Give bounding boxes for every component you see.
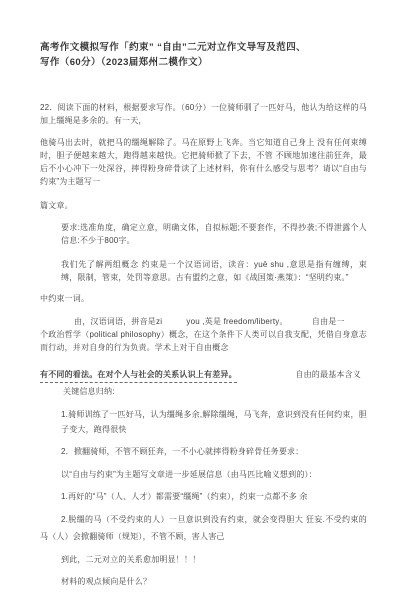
key-info-item-2: 2．掀翻骑师，不管不顾狂奔，一不小心就摔得粉身碎骨任务要求：: [40, 445, 367, 458]
key-info-heading: 关键信息归纳:: [40, 385, 367, 398]
difference-row: 有不同的看法。在对个人与社会的关系认识上有差异。 自由的最基本含义: [40, 368, 367, 383]
freedom-definition: 个政治哲学（political philosophy）概念，在这个条件下人类可以…: [40, 328, 367, 354]
prompt-paragraph-3: 篇文章。: [40, 199, 367, 212]
conclusion-line: 到此，二元对立的关系愈加明显！！！: [40, 553, 367, 566]
term-note: 中约束一词。: [40, 292, 367, 305]
prompt-paragraph-1: 22．阅读下面的材料，根据要求写作。（60分）一位骑师驯了一匹好马，他认为给这样…: [40, 101, 367, 127]
prompt-requirements: 要求:选准角度，确定立意，明确文体，自拟标题;不要套作，不得抄袭;不得泄露个人信…: [40, 221, 367, 247]
key-info-item-1: 1.骑师训练了一匹好马，认为缰绳多余,解除缰绳，马飞奔，意识到没有任何约束，胆子…: [40, 407, 367, 437]
essay-title-line2: 写作（60分）（2023届郑州二模作文）: [40, 55, 367, 70]
freedom-basic-label: 自由的最基本含义: [295, 368, 361, 381]
difference-underlined-text: 有不同的看法。在对个人与社会的关系认识上有差异。: [40, 368, 237, 383]
document-page: 高考作文模拟写作「约束” “自由”二元对立作文导写及范四、 写作（60分）（20…: [0, 0, 401, 600]
viewpoint-question: 材料的观点倾向是什么？: [40, 575, 367, 588]
task-line: 以“自由与约束”为主题写文章进一步延展信息（由马匹比喻义想到的）：: [40, 468, 367, 481]
essay-title-line1: 高考作文模拟写作「约束” “自由”二元对立作文导写及范四、: [40, 40, 367, 55]
extend-item-1: 1.再好的“马”（人、人才）都需要“缰绳”（约束），约束一点都不多 余: [40, 490, 367, 503]
essay-title: 高考作文模拟写作「约束” “自由”二元对立作文导写及范四、 写作（60分）（20…: [40, 40, 367, 70]
prompt-paragraph-2: 他骑马出去时，就把马的缰绳解除了。马在原野上飞奔。当它知道自己身上 没有任何束缚…: [40, 136, 367, 188]
concepts-intro: 我们先了解两组概念 约束是一个汉语词语，读音：yuē shu ,意思是指有缠缚，…: [40, 258, 367, 284]
extend-item-2: 2.脱缰的马（不受约束的人）一旦意识到没有约束，就会变得胆大 狂妄.不受约束的马…: [40, 511, 367, 545]
freedom-pinyin-line: 由，汉语词语，拼音是zi you ,英是 freedom/liberty。 自由…: [74, 315, 367, 328]
